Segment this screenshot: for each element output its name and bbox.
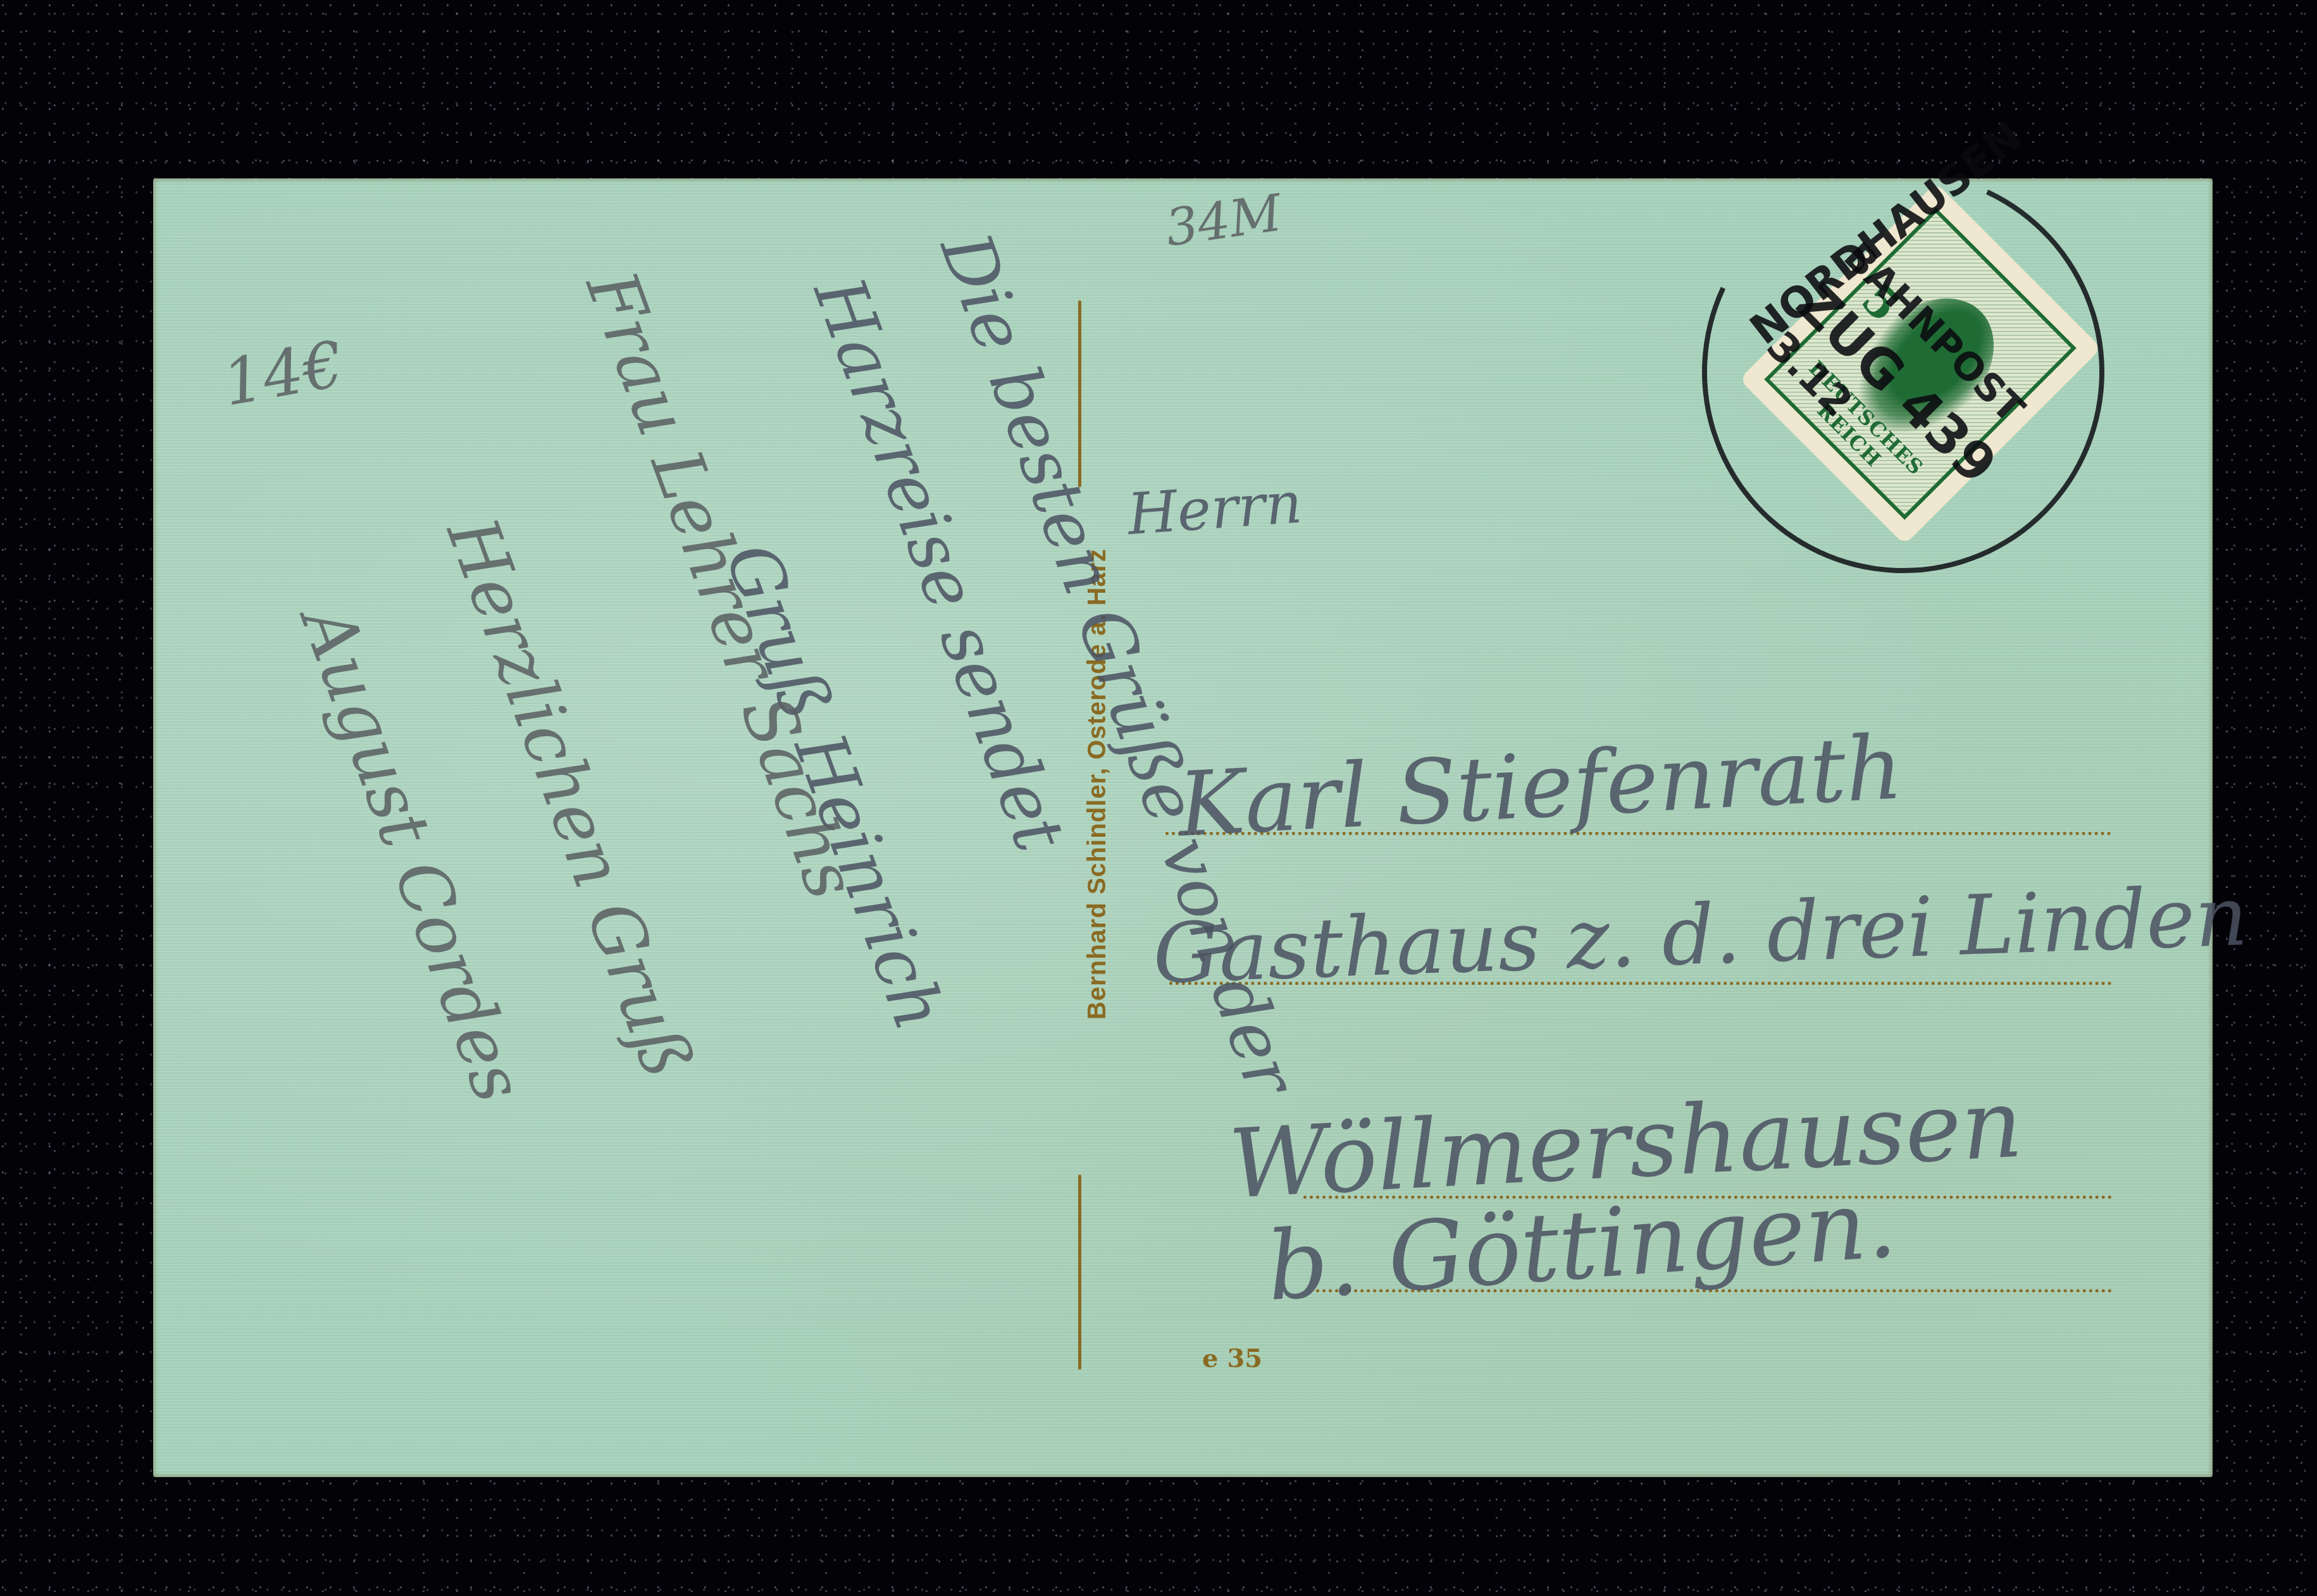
address-salutation: Herrn <box>1126 470 1304 548</box>
series-number: e 35 <box>1202 1344 1262 1373</box>
pencil-note-top: 34M <box>1162 183 1285 258</box>
divider-line-bottom <box>1078 1175 1081 1370</box>
pencil-note-price: 14€ <box>217 326 349 420</box>
address-name: Karl Stiefenrath <box>1176 716 1906 857</box>
